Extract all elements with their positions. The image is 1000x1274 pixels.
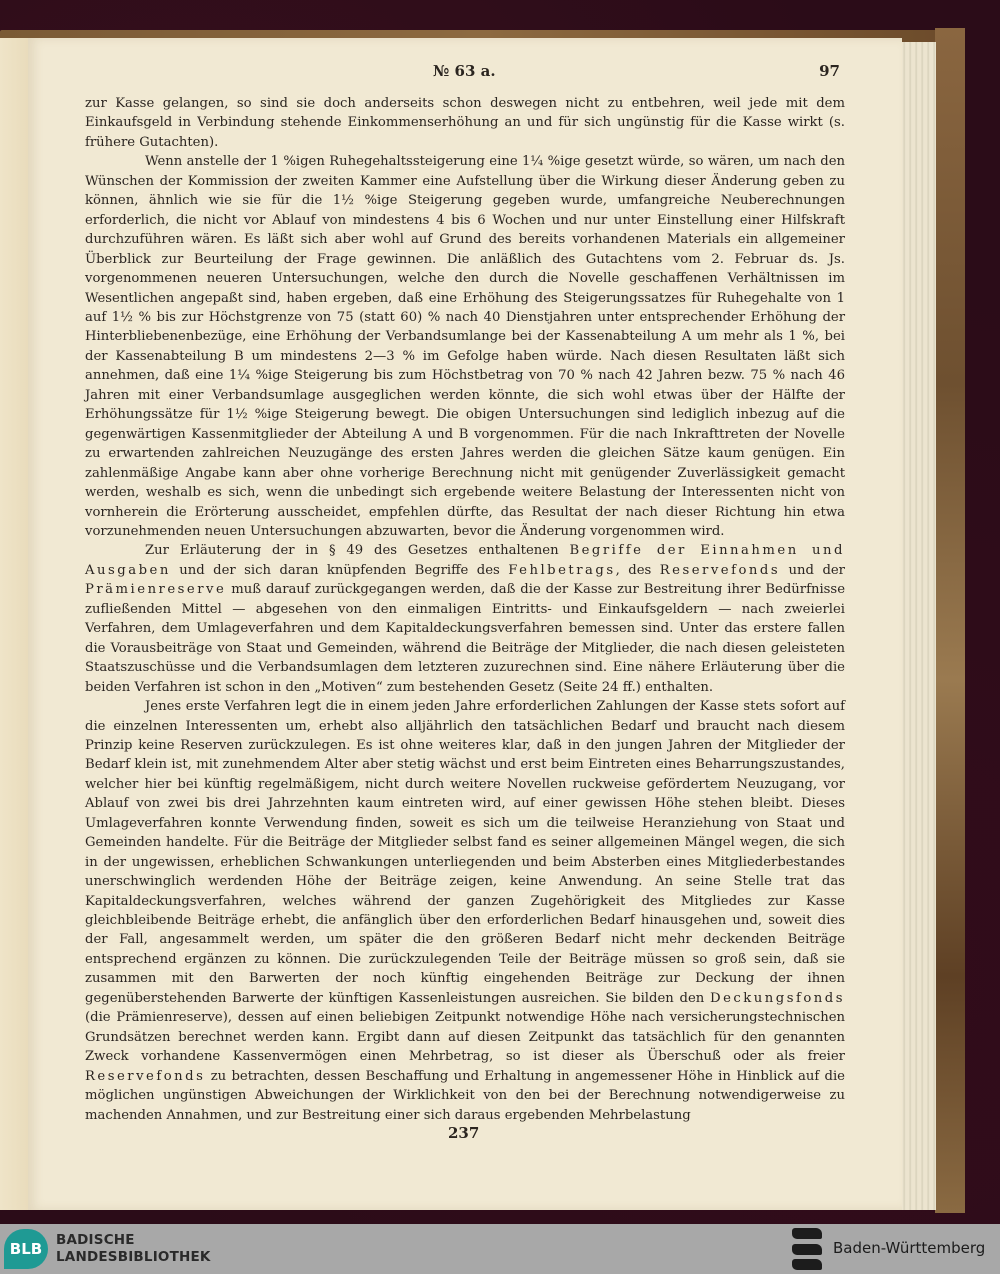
text-run: , des [616, 563, 660, 578]
paragraph-1: zur Kasse gelangen, so sind sie doch and… [85, 94, 845, 152]
paragraph-2: Wenn anstelle der 1 %igen Ruhegehaltsste… [85, 152, 845, 541]
text-run: muß darauf zurückgegangen werden, daß di… [85, 582, 845, 694]
document-page: № 63 a. 97 zur Kasse gelangen, so sind s… [28, 38, 902, 1210]
state-name[interactable]: Baden-Württemberg [833, 1239, 985, 1257]
book-cover-edge [935, 28, 965, 1213]
page-number-bottom: 237 [448, 1124, 479, 1142]
page-stack-edge [900, 42, 936, 1210]
running-head: № 63 a. 97 [28, 62, 902, 84]
library-name-line1: BADISCHE [56, 1232, 211, 1249]
text-run: und der [780, 563, 845, 578]
blb-logo-icon[interactable]: BLB [4, 1229, 48, 1269]
library-name-line2: LANDESBIBLIOTHEK [56, 1249, 211, 1266]
paragraph-4: Jenes erste Verfahren legt die in einem … [85, 697, 845, 1125]
text-run: (die Prämienreserve), dessen auf einen b… [85, 1010, 845, 1064]
spaced-term: Fehlbetrags [508, 563, 615, 578]
paragraph-3: Zur Erläuterung der in § 49 des Gesetzes… [85, 541, 845, 697]
spaced-term: Reservefonds [660, 563, 780, 578]
previous-page-edge [0, 38, 29, 1210]
library-name[interactable]: BADISCHE LANDESBIBLIOTHEK [56, 1232, 211, 1266]
footer-bar: BLB BADISCHE LANDESBIBLIOTHEK Baden-Würt… [0, 1224, 1000, 1274]
spaced-term: Deckungsfonds [710, 991, 845, 1006]
text-run: und der sich daran knüpfenden Begriffe d… [171, 563, 508, 578]
document-number: № 63 a. [433, 62, 496, 80]
text-run: Jenes erste Verfahren legt die in einem … [85, 699, 845, 1006]
page-number-top: 97 [819, 62, 840, 80]
spaced-term: Reservefonds [85, 1069, 205, 1084]
text-run: Zur Erläuterung der in § 49 des Gesetzes… [145, 543, 569, 558]
body-text: zur Kasse gelangen, so sind sie doch and… [85, 94, 845, 1125]
spaced-term: Prämienreserve [85, 582, 226, 597]
three-lions-coat-of-arms-icon [792, 1228, 822, 1270]
